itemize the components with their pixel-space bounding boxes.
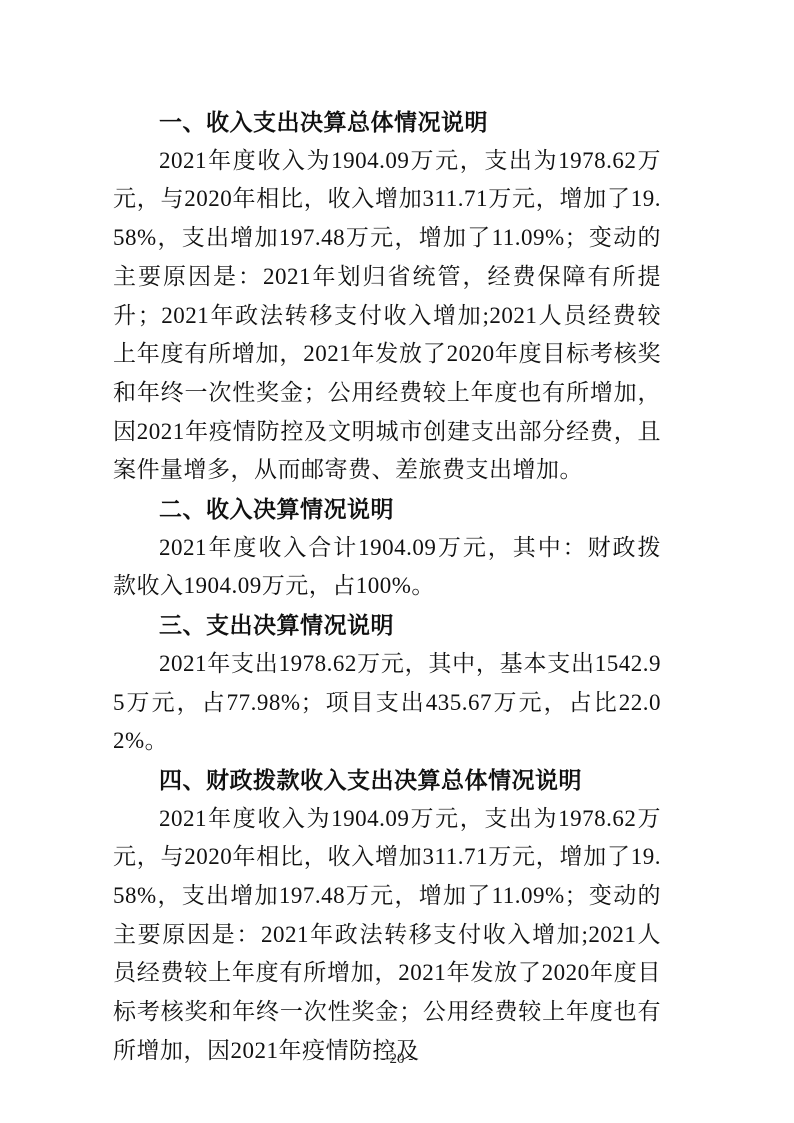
section-paragraph-income-expenditure-overall: 2021年度收入为1904.09万元，支出为1978.62万元，与2020年相比…: [113, 142, 661, 490]
section-heading-fiscal-appropriation-overall: 四、财政拨款收入支出决算总体情况说明: [113, 761, 661, 800]
section-paragraph-fiscal-appropriation-overall: 2021年度收入为1904.09万元，支出为1978.62万元，与2020年相比…: [113, 800, 661, 1071]
section-heading-expenditure-accounts: 三、支出决算情况说明: [113, 606, 661, 645]
document-page: 一、收入支出决算总体情况说明 2021年度收入为1904.09万元，支出为197…: [0, 0, 794, 1123]
section-paragraph-income-accounts: 2021年度收入合计1904.09万元，其中：财政拨款收入1904.09万元，占…: [113, 529, 661, 606]
section-heading-income-accounts: 二、收入决算情况说明: [113, 490, 661, 529]
page-number: - 20 -: [0, 1051, 794, 1068]
section-heading-income-expenditure-overall: 一、收入支出决算总体情况说明: [113, 103, 661, 142]
section-paragraph-expenditure-accounts: 2021年支出1978.62万元，其中，基本支出1542.95万元，占77.98…: [113, 645, 661, 761]
document-body: 一、收入支出决算总体情况说明 2021年度收入为1904.09万元，支出为197…: [113, 103, 661, 1071]
